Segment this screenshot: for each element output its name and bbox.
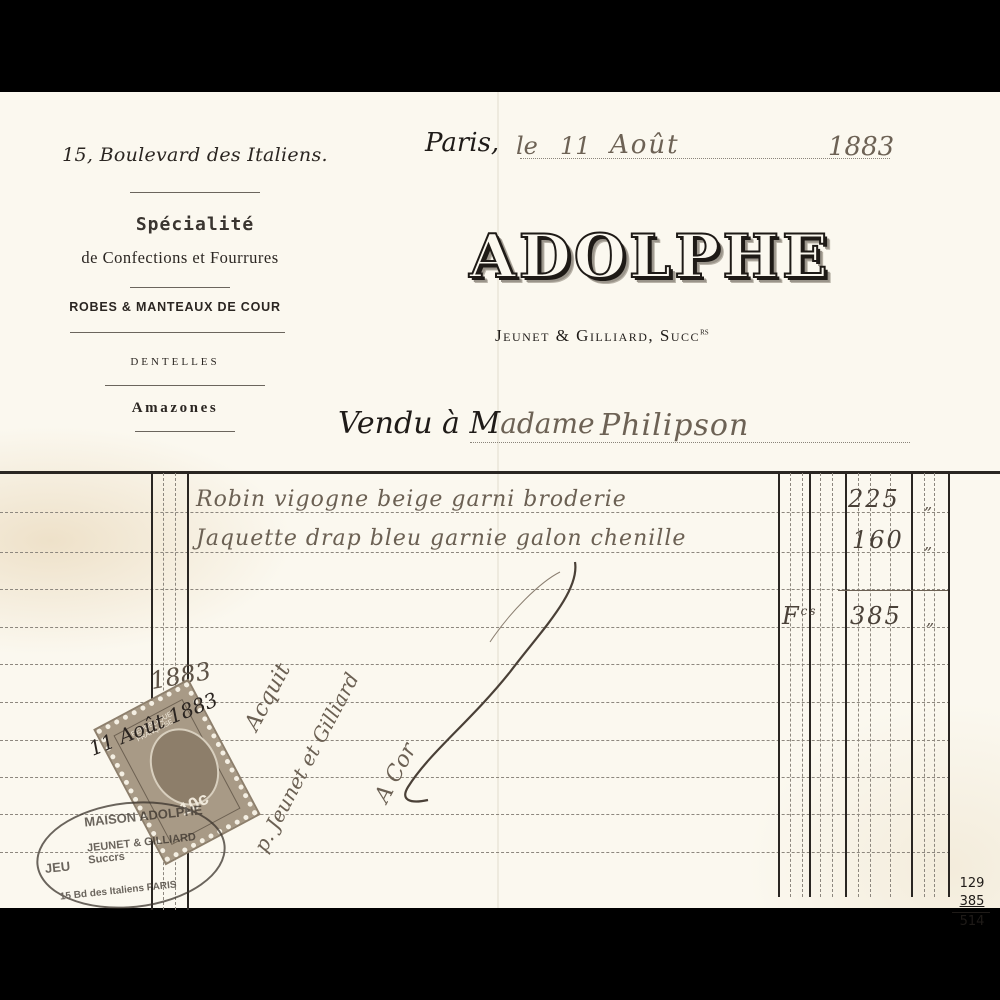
robes-line: ROBES & MANTEAUX DE COUR	[40, 300, 310, 314]
cancel-bottom-text: 15 Bd des Italiens PARIS	[59, 879, 177, 902]
divider	[130, 287, 230, 288]
amazones-line: Amazones	[50, 400, 300, 417]
total-amount: 385	[850, 602, 902, 630]
successors-line: Jeunet & Gilliard, Succrs	[495, 326, 709, 346]
column-rule	[778, 473, 780, 897]
signature-flourish	[390, 552, 590, 812]
margin-calc-sum: 514	[952, 914, 992, 929]
salutation-handwritten: adame	[500, 407, 594, 440]
customer-name: Philipson	[600, 408, 749, 443]
line-item-cents: „	[924, 494, 932, 513]
total-label-text: F	[782, 602, 801, 630]
date-year: 1883	[828, 132, 894, 162]
date-day: 11	[560, 132, 591, 160]
column-rule	[845, 473, 847, 897]
successors-text: Jeunet & Gilliard, Succ	[495, 326, 700, 345]
sold-to-printed: Vendu à M	[338, 406, 500, 441]
divider	[130, 192, 260, 193]
total-label: Fcs	[782, 602, 818, 630]
cancel-left-text: JEU	[44, 858, 71, 876]
margin-calc-a: 129	[952, 876, 992, 891]
total-rule	[838, 590, 948, 591]
line-item-description: Jaquette drap bleu garnie galon chenille	[196, 526, 686, 551]
margin-calc-bar	[952, 912, 990, 913]
column-rule	[820, 473, 821, 897]
column-rule	[934, 473, 935, 897]
shop-address: 15, Boulevard des Italiens.	[40, 144, 350, 166]
column-rule	[802, 473, 803, 897]
line-item-amount: 225	[848, 485, 900, 513]
cancellation-mark: MAISON ADOLPHE JEUNET & GILLIARD Succrs …	[31, 792, 231, 917]
cancel-top-text: MAISON ADOLPHE	[84, 802, 204, 829]
total-label-sup: cs	[801, 604, 818, 618]
line-item-description: Robin vigogne beige garni broderie	[196, 487, 627, 512]
line-item-amount: 160	[852, 526, 904, 554]
ledger-top-rule	[0, 471, 1000, 474]
specialty-title: Spécialité	[40, 214, 350, 235]
specialty-subtitle: de Confections et Fourrures	[30, 248, 330, 268]
column-rule	[809, 473, 811, 897]
line-item-cents: „	[924, 534, 932, 553]
cancel-mid-text: JEUNET & GILLIARD Succrs	[86, 828, 224, 866]
column-rule	[911, 473, 913, 897]
acquit-note: Acquit	[240, 659, 296, 735]
invoice-page: 15, Boulevard des Italiens. Spécialité d…	[0, 92, 1000, 908]
sold-to-label: Vendu à Madame	[338, 406, 595, 441]
divider	[70, 332, 285, 333]
column-rule	[832, 473, 833, 897]
date-le: le	[516, 132, 538, 160]
ornament-divider	[105, 385, 265, 386]
successors-sup: rs	[700, 326, 709, 337]
ledger-row-line	[0, 512, 950, 513]
margin-calc-b: 385	[952, 894, 992, 909]
total-cents: „	[926, 610, 934, 629]
date-month: Août	[610, 130, 680, 160]
divider	[135, 431, 235, 432]
city-label: Paris,	[425, 128, 499, 158]
column-rule	[948, 473, 950, 897]
brand-name: ADOLPHE	[460, 222, 840, 292]
column-rule	[790, 473, 791, 897]
dentelles-line: DENTELLES	[50, 356, 300, 368]
